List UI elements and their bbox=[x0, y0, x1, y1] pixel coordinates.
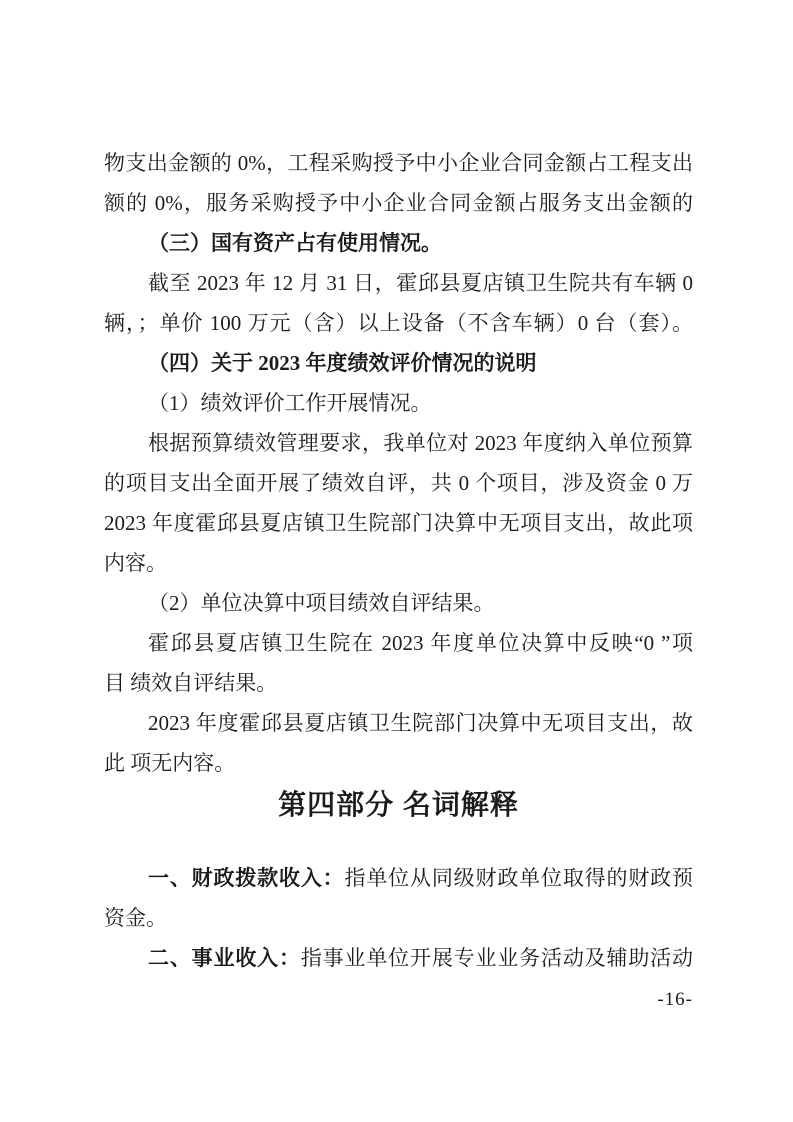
text-line: 2023 年度霍邱县夏店镇卫生院部门决算中无项目支出，故此项无 bbox=[104, 503, 693, 543]
text-line: 物支出金额的 0%，工程采购授予中小企业合同金额占工程支出金 bbox=[104, 143, 693, 183]
text-run: 物支出金额的 0%，工程采购授予中小企业合同金额占工程支出金 bbox=[104, 151, 693, 183]
text-run: 的项目支出全面开展了绩效自评，共 0 个项目，涉及资金 0 万元。 bbox=[104, 471, 693, 503]
text-run: （1）绩效评价工作开展情况。 bbox=[148, 391, 432, 415]
text-line: 的项目支出全面开展了绩效自评，共 0 个项目，涉及资金 0 万元。 bbox=[104, 463, 693, 503]
text-run: 此 项无内容。 bbox=[104, 751, 235, 775]
text-run: 霍邱县夏店镇卫生院在 2023 年度单位决算中反映“0 ”项 bbox=[148, 631, 693, 655]
text-line: （1）绩效评价工作开展情况。 bbox=[104, 383, 693, 423]
terms-lines: 一、财政拨款收入：指单位从同级财政单位取得的财政预算资金。二、事业收入：指事业单… bbox=[104, 858, 693, 978]
document-page: 物支出金额的 0%，工程采购授予中小企业合同金额占工程支出金额的 0%，服务采购… bbox=[0, 0, 793, 1122]
text-line: 资金。 bbox=[104, 898, 693, 938]
page-body: 物支出金额的 0%，工程采购授予中小企业合同金额占工程支出金额的 0%，服务采购… bbox=[104, 143, 693, 978]
text-line: 一、财政拨款收入：指单位从同级财政单位取得的财政预算 bbox=[104, 858, 693, 898]
text-run: 截至 2023 年 12 月 31 日，霍邱县夏店镇卫生院共有车辆 0 bbox=[148, 271, 693, 295]
body-lines: 物支出金额的 0%，工程采购授予中小企业合同金额占工程支出金额的 0%，服务采购… bbox=[104, 143, 693, 783]
text-line: 目 绩效自评结果。 bbox=[104, 663, 693, 703]
text-line: 2023 年度霍邱县夏店镇卫生院部门决算中无项目支出，故 bbox=[104, 703, 693, 743]
text-line: 截至 2023 年 12 月 31 日，霍邱县夏店镇卫生院共有车辆 0 bbox=[104, 263, 693, 303]
text-run: 内容。 bbox=[104, 551, 167, 575]
bold-text-run: 二、事业收入： bbox=[148, 946, 301, 970]
text-run: 2023 年度霍邱县夏店镇卫生院部门决算中无项目支出，故此项无 bbox=[104, 511, 693, 543]
text-line: （三）国有资产占有使用情况。 bbox=[104, 223, 693, 263]
text-line: 额的 0%，服务采购授予中小企业合同金额占服务支出金额的 0%。 bbox=[104, 183, 693, 223]
text-run: 额的 0%，服务采购授予中小企业合同金额占服务支出金额的 0%。 bbox=[104, 191, 693, 223]
text-line: （四）关于 2023 年度绩效评价情况的说明 bbox=[104, 343, 693, 383]
bold-text-run: （三）国有资产占有使用情况。 bbox=[148, 231, 442, 255]
text-run: 辆，；单价 100 万元（含）以上设备（不含车辆）0 台（套）。 bbox=[104, 311, 693, 335]
text-run: 2023 年度霍邱县夏店镇卫生院部门决算中无项目支出，故 bbox=[148, 711, 693, 735]
page-number: -16- bbox=[657, 988, 693, 1012]
text-run: 资金。 bbox=[104, 906, 167, 930]
text-run: 根据预算绩效管理要求，我单位对 2023 年度纳入单位预算 bbox=[148, 431, 693, 455]
bold-text-run: 一、财政拨款收入： bbox=[148, 866, 345, 890]
text-line: 内容。 bbox=[104, 543, 693, 583]
text-line: （2）单位决算中项目绩效自评结果。 bbox=[104, 583, 693, 623]
text-line: 二、事业收入：指事业单位开展专业业务活动及辅助活动所 bbox=[104, 938, 693, 978]
bold-text-run: （四）关于 2023 年度绩效评价情况的说明 bbox=[148, 351, 537, 375]
text-run: （2）单位决算中项目绩效自评结果。 bbox=[148, 591, 495, 615]
text-line: 根据预算绩效管理要求，我单位对 2023 年度纳入单位预算 bbox=[104, 423, 693, 463]
text-run: 目 绩效自评结果。 bbox=[104, 671, 277, 695]
text-line: 此 项无内容。 bbox=[104, 743, 693, 783]
section-heading: 第四部分 名词解释 bbox=[104, 783, 693, 827]
text-line: 辆，；单价 100 万元（含）以上设备（不含车辆）0 台（套）。 bbox=[104, 303, 693, 343]
text-line: 霍邱县夏店镇卫生院在 2023 年度单位决算中反映“0 ”项 bbox=[104, 623, 693, 663]
